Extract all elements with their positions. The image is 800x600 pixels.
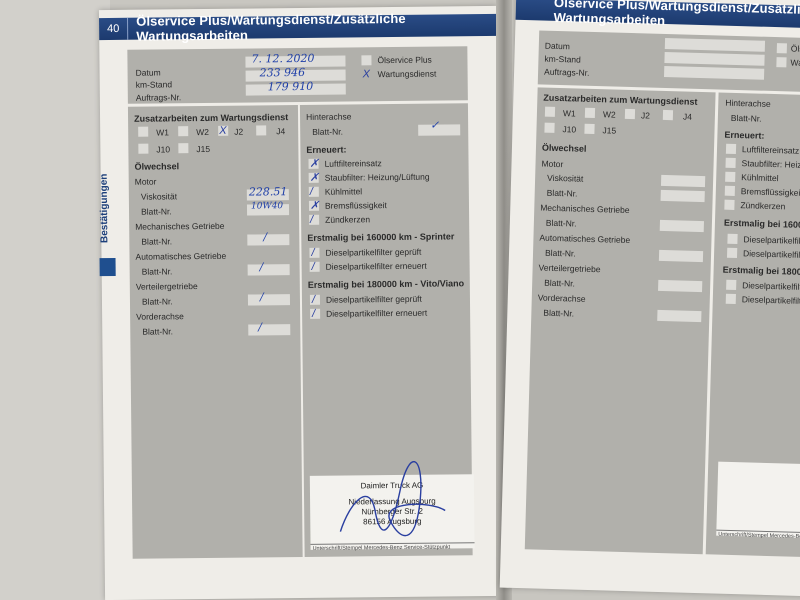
sprinter-dpf-erneuert-checkbox[interactable]: /: [310, 262, 320, 272]
right-oelservice-checkbox[interactable]: [777, 43, 787, 53]
j15-checkbox[interactable]: [178, 143, 188, 153]
luftfilter-checkbox[interactable]: ✗: [308, 159, 318, 169]
bremsfluessigkeit-checkbox[interactable]: ✗: [309, 201, 319, 211]
right-luftfilter-checkbox[interactable]: [726, 144, 736, 154]
motor-blatt-label: Blatt-Nr.: [141, 206, 172, 216]
right-motor-blatt-field[interactable]: [661, 190, 705, 202]
right-kuehlmittel-label: Kühlmittel: [741, 172, 779, 183]
zuendkerzen-checkbox[interactable]: /: [309, 215, 319, 225]
erneuert-title: Erneuert:: [306, 145, 346, 155]
right-sprinter-dpf-geprueft-checkbox[interactable]: [727, 234, 737, 244]
right-w2-label: W2: [603, 109, 616, 119]
vito-dpf-erneuert-mark: /: [312, 309, 315, 319]
section-tab-label: Bestätigungen: [98, 158, 115, 258]
hinterachse-blatt-label: Blatt-Nr.: [312, 127, 343, 137]
j4-label: J4: [276, 126, 285, 136]
auto-getriebe-blatt-field[interactable]: [248, 264, 290, 275]
verteilergetriebe-blatt-label: Blatt-Nr.: [142, 296, 173, 306]
page-number: 40: [99, 18, 128, 40]
w2-checkbox[interactable]: [178, 126, 188, 136]
right-auto-blatt-label: Blatt-Nr.: [545, 248, 576, 259]
bremsfluessigkeit-label: Bremsflüssigkeit: [325, 200, 387, 211]
section-tab: Bestätigungen: [96, 158, 117, 276]
right-j4-checkbox[interactable]: [663, 110, 673, 120]
right-verteiler-blatt-field[interactable]: [658, 280, 702, 292]
vito-title: Erstmalig bei 180000 km - Vito/Viano: [308, 278, 464, 290]
signature-scribble: [330, 460, 451, 545]
mech-getriebe-label: Mechanisches Getriebe: [135, 221, 224, 232]
right-verteiler-label: Verteilergetriebe: [538, 263, 600, 275]
viskositaet-label: Viskosität: [141, 191, 177, 201]
right-viskositaet-label: Viskosität: [547, 173, 583, 184]
auftrags-nr-value: 179 910: [268, 80, 314, 93]
right-km-stand-label: km-Stand: [544, 54, 581, 65]
vorderachse-blatt-field[interactable]: [248, 324, 290, 335]
sprinter-dpf-erneuert-mark: /: [312, 262, 315, 272]
table-surface: [0, 0, 110, 600]
sprinter-dpf-erneuert-label: Dieselpartikelfilter erneuert: [326, 261, 427, 272]
staubfilter-checkbox[interactable]: ✗: [309, 173, 319, 183]
kuehlmittel-label: Kühlmittel: [325, 186, 362, 196]
auto-getriebe-blatt-label: Blatt-Nr.: [142, 266, 173, 276]
right-wartungsdienst-label: Wartungsdienst: [790, 57, 800, 69]
km-stand-label: km-Stand: [136, 79, 172, 89]
zusatz-title: Zusatzarbeiten zum Wartungsdienst: [134, 112, 288, 124]
zuendkerzen-label: Zündkerzen: [325, 214, 370, 224]
verteilergetriebe-mark: /: [260, 290, 264, 303]
right-page-title: Ölservice Plus/Wartungsdienst/Zusätzlich…: [515, 0, 800, 32]
w1-label: W1: [156, 127, 169, 137]
right-auftrags-nr-label: Auftrags-Nr.: [544, 67, 590, 78]
j2-mark: X: [219, 126, 226, 136]
right-zuendkerzen-label: Zündkerzen: [740, 200, 785, 211]
kuehlmittel-mark: /: [310, 187, 313, 197]
j4-checkbox[interactable]: [256, 125, 266, 135]
luftfilter-label: Luftfiltereinsatz: [324, 158, 381, 169]
wartungsdienst-mark: X: [363, 69, 370, 79]
oelservice-plus-checkbox[interactable]: [361, 55, 371, 65]
km-stand-value: 233 946: [260, 66, 306, 79]
kuehlmittel-checkbox[interactable]: /: [309, 187, 319, 197]
right-luftfilter-label: Luftfiltereinsatz: [742, 144, 799, 156]
verteilergetriebe-blatt-field[interactable]: [248, 294, 290, 305]
signature-stamp-box[interactable]: Daimler Truck AG Niederlassung Augsburg …: [310, 474, 475, 550]
sprinter-dpf-geprueft-checkbox[interactable]: /: [309, 248, 319, 258]
right-vorderachse-blatt-field[interactable]: [657, 310, 701, 322]
right-j4-label: J4: [683, 111, 692, 121]
mech-getriebe-blatt-label: Blatt-Nr.: [141, 236, 172, 246]
right-signature-box[interactable]: Unterschrift/Stempel Mercedes-Benz Servi…: [716, 462, 800, 539]
right-j15-checkbox[interactable]: [584, 124, 594, 134]
right-w1-label: W1: [563, 108, 576, 118]
j10-checkbox[interactable]: [138, 144, 148, 154]
j2-checkbox[interactable]: X: [218, 126, 228, 136]
oelwechsel-title: Ölwechsel: [135, 161, 180, 171]
right-auto-blatt-field[interactable]: [659, 250, 703, 262]
section-tab-marker: [100, 258, 116, 276]
page-header: 40 Ölservice Plus/Wartungsdienst/Zusätzl…: [99, 14, 497, 40]
right-j2-checkbox[interactable]: [625, 109, 635, 119]
right-sprinter-dpf-erneuert-checkbox[interactable]: [727, 248, 737, 258]
j10-label: J10: [156, 144, 170, 154]
right-mech-blatt-field[interactable]: [660, 220, 704, 232]
mech-getriebe-mark: /: [263, 230, 267, 243]
wartungsdienst-label: Wartungsdienst: [378, 69, 437, 80]
right-bremsfluessigkeit-checkbox[interactable]: [725, 186, 735, 196]
right-datum-label: Datum: [545, 41, 570, 52]
sprinter-dpf-geprueft-label: Dieselpartikelfilter geprüft: [325, 247, 421, 258]
right-zuendkerzen-checkbox[interactable]: [724, 200, 734, 210]
mech-getriebe-blatt-field[interactable]: [247, 234, 289, 245]
vito-dpf-geprueft-mark: /: [312, 295, 315, 305]
j15-label: J15: [196, 144, 210, 154]
right-j15-label: J15: [602, 125, 616, 135]
staubfilter-mark: ✗: [310, 173, 319, 183]
right-kuehlmittel-checkbox[interactable]: [725, 172, 735, 182]
vorderachse-blatt-label: Blatt-Nr.: [142, 326, 173, 336]
hinterachse-label: Hinterachse: [306, 111, 351, 121]
right-vorderachse-blatt-label: Blatt-Nr.: [543, 308, 574, 319]
hinterachse-mark: ✓: [430, 119, 439, 132]
oelservice-plus-label: Ölservice Plus: [377, 55, 431, 66]
right-j10-checkbox[interactable]: [544, 123, 554, 133]
w2-label: W2: [196, 127, 209, 137]
right-oelwechsel-title: Ölwechsel: [542, 143, 587, 154]
right-w1-checkbox[interactable]: [545, 107, 555, 117]
right-verteiler-blatt-label: Blatt-Nr.: [544, 278, 575, 289]
vito-dpf-erneuert-checkbox[interactable]: /: [310, 309, 320, 319]
w1-checkbox[interactable]: [138, 127, 148, 137]
right-vorderachse-label: Vorderachse: [538, 293, 586, 304]
sprinter-dpf-geprueft-mark: /: [311, 248, 314, 258]
right-erneuert-title: Erneuert:: [724, 130, 764, 141]
luftfilter-mark: ✗: [309, 159, 318, 169]
right-vito-dpf-erneuert-checkbox[interactable]: [726, 294, 736, 304]
right-viskositaet-field[interactable]: [661, 175, 705, 187]
right-page: Ölservice Plus/Wartungsdienst/Zusätzlich…: [500, 0, 800, 596]
right-hinterachse-label: Hinterachse: [725, 98, 771, 109]
right-mech-blatt-label: Blatt-Nr.: [546, 218, 577, 229]
right-page-header: Ölservice Plus/Wartungsdienst/Zusätzlich…: [516, 0, 800, 28]
page-title: Ölservice Plus/Wartungsdienst/Zusätzlich…: [128, 10, 497, 44]
right-oelservice-label: Ölservice Plus: [791, 43, 800, 55]
auto-getriebe-label: Automatisches Getriebe: [135, 251, 226, 262]
j2-label: J2: [234, 127, 243, 137]
right-j10-label: J10: [562, 124, 576, 134]
auftrags-nr-label: Auftrags-Nr.: [136, 92, 181, 102]
vito-dpf-erneuert-label: Dieselpartikelfilter erneuert: [326, 308, 427, 319]
wartungsdienst-checkbox[interactable]: X: [362, 69, 372, 79]
datum-label: Datum: [136, 67, 161, 77]
motor-blatt-value: 10W40: [251, 201, 283, 211]
bremsfluessigkeit-mark: ✗: [310, 201, 319, 211]
vorderachse-mark: /: [258, 320, 262, 333]
right-wartungsdienst-checkbox[interactable]: [776, 57, 786, 67]
auto-getriebe-mark: /: [260, 260, 264, 273]
sprinter-title: Erstmalig bei 160000 km - Sprinter: [307, 231, 454, 243]
right-w2-checkbox[interactable]: [585, 108, 595, 118]
right-bremsfluessigkeit-label: Bremsflüssigkeit: [741, 186, 800, 198]
datum-value: 7. 12. 2020: [251, 52, 314, 66]
vito-dpf-geprueft-label: Dieselpartikelfilter geprüft: [326, 294, 422, 305]
motor-label: Motor: [135, 177, 157, 187]
left-page: 40 Ölservice Plus/Wartungsdienst/Zusätzl…: [99, 6, 503, 600]
right-motor-blatt-label: Blatt-Nr.: [547, 188, 578, 199]
right-j2-label: J2: [641, 110, 650, 120]
viskositaet-value: 228.51: [249, 185, 288, 198]
right-hinterachse-blatt-label: Blatt-Nr.: [731, 113, 762, 124]
vito-dpf-geprueft-checkbox[interactable]: /: [310, 295, 320, 305]
right-staubfilter-checkbox[interactable]: [725, 158, 735, 168]
vorderachse-label: Vorderachse: [136, 311, 184, 321]
staubfilter-label: Staubfilter: Heizung/Lüftung: [325, 172, 430, 183]
verteilergetriebe-label: Verteilergetriebe: [136, 281, 198, 292]
right-motor-label: Motor: [541, 159, 563, 170]
right-vito-dpf-geprueft-checkbox[interactable]: [726, 280, 736, 290]
zuendkerzen-mark: /: [310, 215, 313, 225]
